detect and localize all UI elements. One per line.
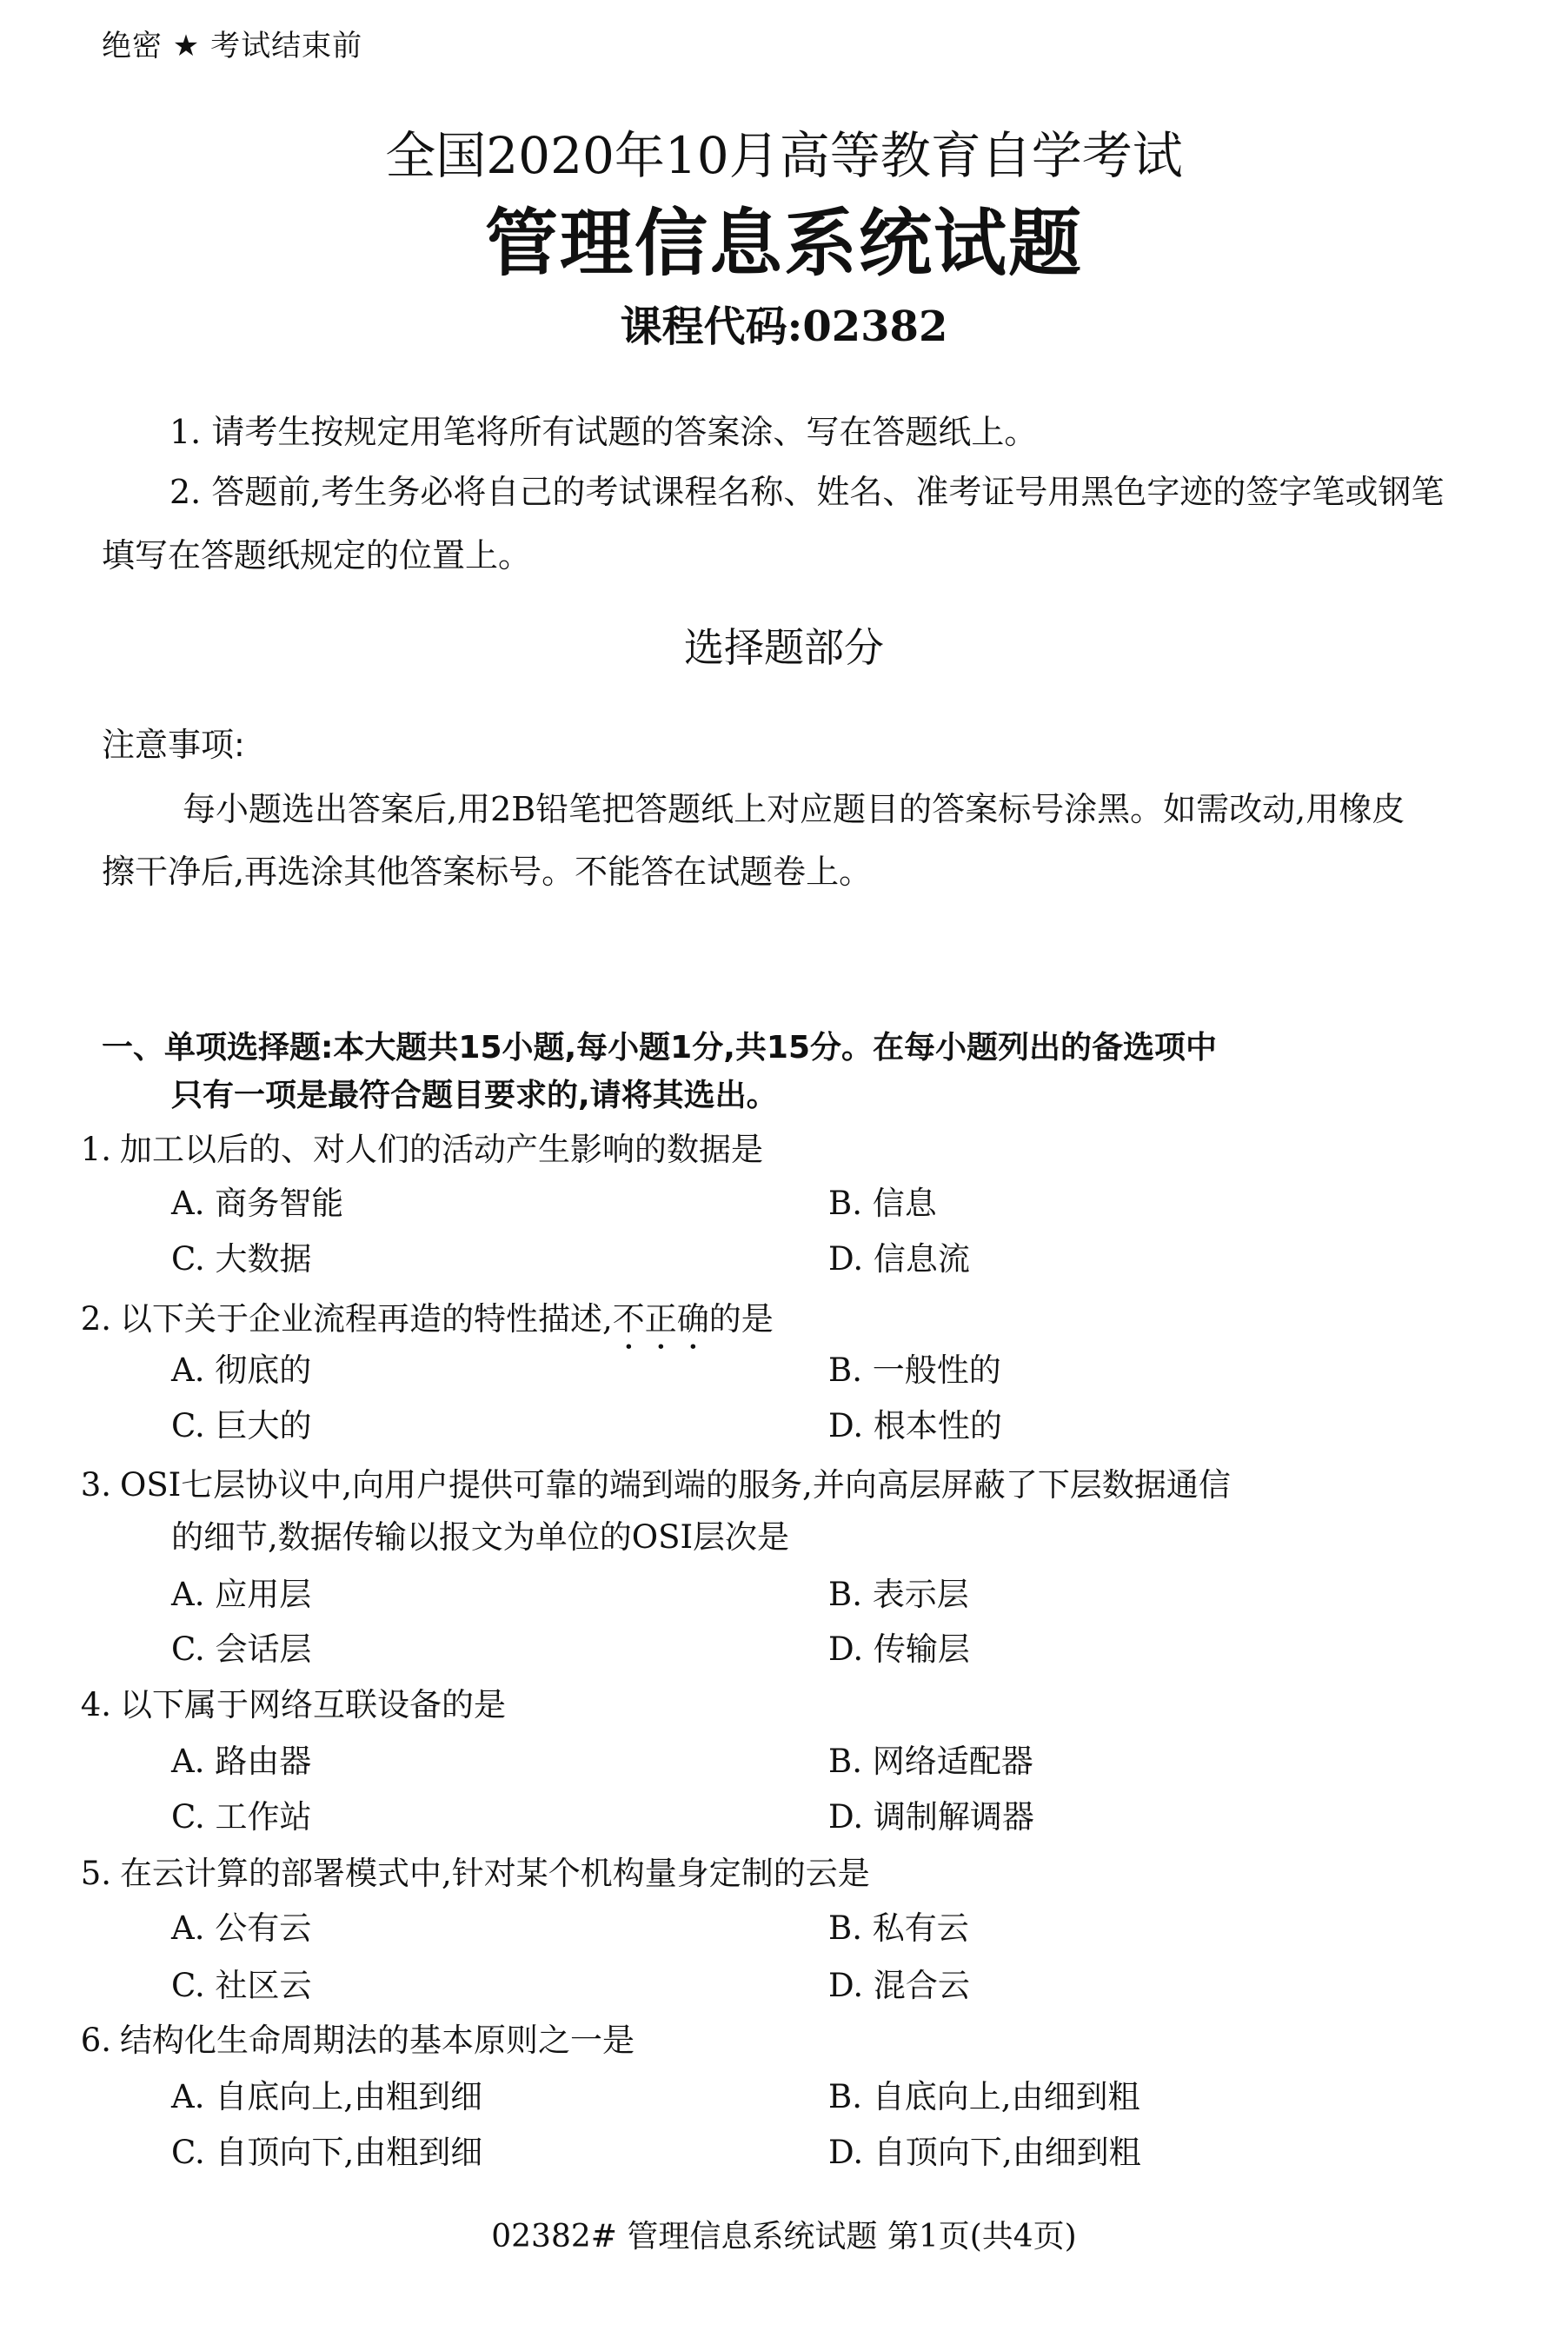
question-1: 1.加工以后的、对人们的活动产生影响的数据是 xyxy=(59,1133,763,1165)
q5-option-a: A. 公有云 xyxy=(171,1912,311,1944)
question-text-end: 的是 xyxy=(709,1300,774,1338)
q2-option-d: D. 根本性的 xyxy=(828,1410,1002,1442)
attention-text: 每小题选出答案后,用2B铅笔把答题纸上对应题目的答案标号涂黑。如需改动,用橡皮 xyxy=(183,793,1405,826)
q3-option-b: B. 表示层 xyxy=(828,1578,969,1610)
q6-option-b: B. 自底向上,由细到粗 xyxy=(828,2081,1139,2113)
question-text: 在云计算的部署模式中,针对某个机构量身定制的云是 xyxy=(120,1855,870,1892)
question-number: 4. xyxy=(59,1689,111,1721)
q5-option-d: D. 混合云 xyxy=(828,1969,970,2002)
question-text: 结构化生命周期法的基本原则之一是 xyxy=(120,2022,635,2059)
section-title: 选择题部分 xyxy=(0,628,1568,667)
page-footer: 02382# 管理信息系统试题 第1页(共4页) xyxy=(0,2221,1568,2253)
q3-option-a: A. 应用层 xyxy=(171,1578,311,1610)
instruction-1: 1. 请考生按规定用笔将所有试题的答案涂、写在答题纸上。 xyxy=(169,415,1037,448)
part-one-heading-continued: 只有一项是最符合题目要求的,请将其选出。 xyxy=(171,1080,778,1112)
question-number: 6. xyxy=(59,2024,111,2056)
exam-title: 全国2020年10月高等教育自学考试 xyxy=(0,130,1568,181)
question-5: 5.在云计算的部署模式中,针对某个机构量身定制的云是 xyxy=(59,1857,870,1889)
q1-option-b: B. 信息 xyxy=(828,1187,937,1219)
question-6: 6.结构化生命周期法的基本原则之一是 xyxy=(59,2024,635,2056)
part-one-heading: 一、单项选择题:本大题共15小题,每小题1分,共15分。在每小题列出的备选项中 xyxy=(102,1033,1217,1064)
question-number: 1. xyxy=(59,1133,111,1165)
q4-option-d: D. 调制解调器 xyxy=(828,1801,1034,1833)
q1-option-a: A. 商务智能 xyxy=(171,1187,343,1219)
subject-title: 管理信息系统试题 xyxy=(0,207,1568,280)
question-4: 4.以下属于网络互联设备的是 xyxy=(59,1689,506,1721)
instruction-2-continued: 填写在答题纸规定的位置上。 xyxy=(102,539,531,572)
q3-option-c: C. 会话层 xyxy=(171,1633,312,1665)
attention-text-continued: 擦干净后,再选涂其他答案标号。不能答在试题卷上。 xyxy=(102,855,872,888)
q6-option-d: D. 自顶向下,由细到粗 xyxy=(828,2136,1141,2168)
question-3: 3.OSI七层协议中,向用户提供可靠的端到端的服务,并向高层屏蔽了下层数据通信 xyxy=(59,1469,1231,1501)
question-3-continued: 的细节,数据传输以报文为单位的OSI层次是 xyxy=(171,1521,789,1553)
course-code: 课程代码:02382 xyxy=(0,306,1568,348)
q5-option-b: B. 私有云 xyxy=(828,1912,969,1944)
q6-option-c: C. 自顶向下,由粗到细 xyxy=(171,2136,482,2168)
q4-option-b: B. 网络适配器 xyxy=(828,1745,1033,1777)
q4-option-c: C. 工作站 xyxy=(171,1801,312,1833)
q6-option-a: A. 自底向上,由粗到细 xyxy=(171,2081,482,2113)
q1-option-c: C. 大数据 xyxy=(171,1243,312,1275)
q2-option-a: A. 彻底的 xyxy=(171,1354,311,1386)
q2-option-b: B. 一般性的 xyxy=(828,1354,1001,1386)
q1-option-d: D. 信息流 xyxy=(828,1243,970,1275)
q3-option-d: D. 传输层 xyxy=(828,1633,970,1665)
question-text: 以下属于网络互联设备的是 xyxy=(120,1686,506,1723)
emphasized-text: 不正确 xyxy=(613,1300,709,1338)
question-number: 3. xyxy=(59,1469,111,1501)
question-text: 以下关于企业流程再造的特性描述, xyxy=(120,1300,613,1338)
question-text: 加工以后的、对人们的活动产生影响的数据是 xyxy=(120,1131,763,1168)
question-text: OSI七层协议中,向用户提供可靠的端到端的服务,并向高层屏蔽了下层数据通信 xyxy=(120,1466,1231,1504)
confidential-label: 绝密 ★ 考试结束前 xyxy=(102,31,362,61)
q2-option-c: C. 巨大的 xyxy=(171,1410,312,1442)
q5-option-c: C. 社区云 xyxy=(171,1969,312,2002)
question-2: 2.以下关于企业流程再造的特性描述,不正确的是 xyxy=(59,1300,774,1357)
instruction-2: 2. 答题前,考生务必将自己的考试课程名称、姓名、准考证号用黑色字迹的签字笔或钢… xyxy=(169,475,1444,508)
attention-label: 注意事项: xyxy=(102,728,245,761)
question-number: 5. xyxy=(59,1857,111,1889)
q4-option-a: A. 路由器 xyxy=(171,1745,311,1777)
question-number: 2. xyxy=(59,1303,111,1335)
